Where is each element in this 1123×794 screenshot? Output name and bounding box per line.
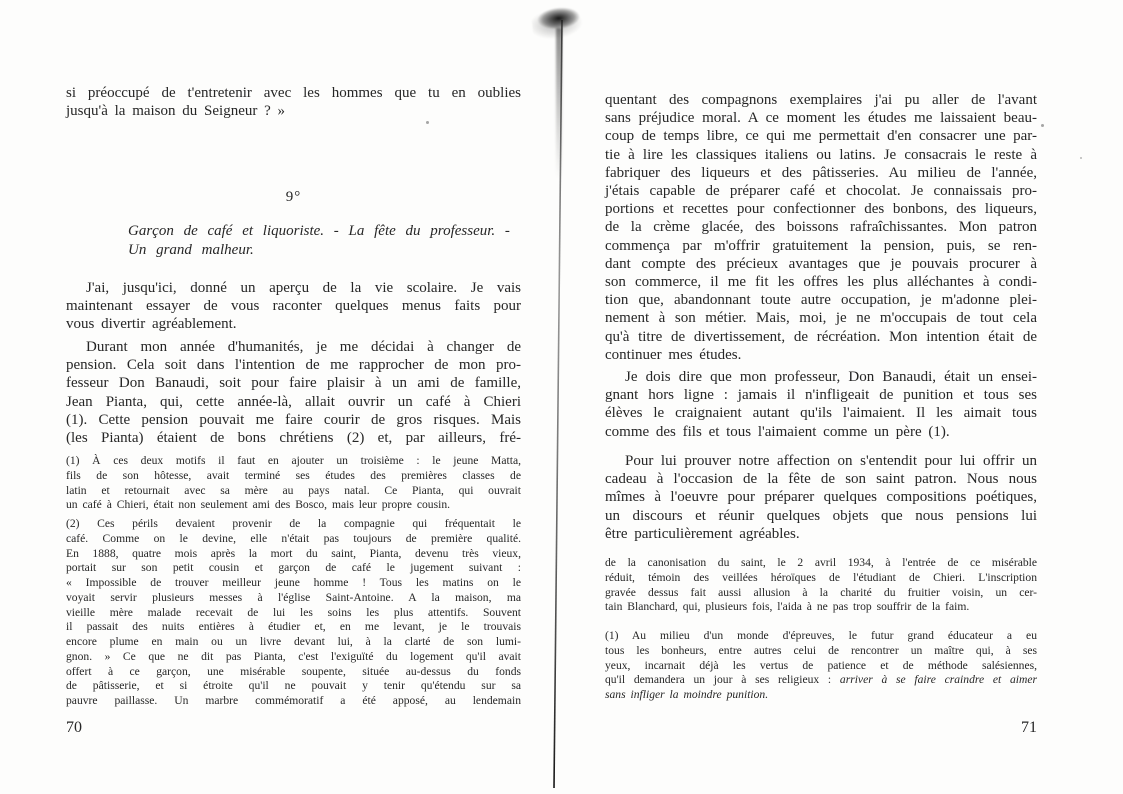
text-line: sans préjudice moral. A ce moment les ét…: [605, 109, 1037, 127]
text-line: sans infliger la moindre punition.: [605, 688, 1037, 703]
page-right: quentant des compagnons exemplaires j'ai…: [605, 0, 1037, 794]
text-line: voyait servir plusieurs messes à l'églis…: [66, 591, 521, 606]
text-line: dant compte des précieux avantages que j…: [605, 255, 1037, 273]
text-line: fils de son hôtesse, avait terminé ses é…: [66, 469, 521, 484]
text-line: Un grand malheur.: [128, 241, 521, 260]
page-number-right: 71: [605, 719, 1037, 737]
text-line: (les Pianta) étaient de bons chrétiens (…: [66, 429, 521, 447]
text-line: (1) Au milieu d'un monde d'épreuves, le …: [605, 629, 1037, 644]
text-line: coup de temps libre, ce qui me permettai…: [605, 127, 1037, 145]
text-line: un café à Chieri, était non seulement am…: [66, 498, 521, 513]
text-line: comme des fils et tous l'aimaient comme …: [605, 423, 1037, 441]
text-line: Pour lui prouver notre affection on s'en…: [605, 452, 1037, 470]
text-line: mîmes à l'oeuvre pour préparer quelques …: [605, 488, 1037, 506]
scan-speck: [1080, 157, 1082, 159]
text-line: réduit, témoin des veillées héroïques de…: [605, 571, 1037, 586]
paragraph: Pour lui prouver notre affection on s'en…: [605, 452, 1037, 543]
page-number-left: 70: [66, 719, 521, 737]
text-line: gnant hors ligne : jamais il n'infligeai…: [605, 386, 1037, 404]
text-line: vieille mère malade recevait de lui les …: [66, 606, 521, 621]
text-line: de la canonisation du saint, le 2 avril …: [605, 556, 1037, 571]
text-line: de la crème glacée, des boissons rafraîc…: [605, 218, 1037, 236]
page-left: si préoccupé de t'entretenir avec les ho…: [66, 0, 521, 794]
footnote-2: (2) Ces périls devaient provenir de la c…: [66, 517, 521, 709]
ink-smudge-tail: [556, 28, 562, 178]
text-line: gravée dessus fait aussi allusion à la c…: [605, 586, 1037, 601]
footnote-1: (1) À ces deux motifs il faut en ajouter…: [66, 454, 521, 513]
book-spread: si préoccupé de t'entretenir avec les ho…: [0, 0, 1123, 794]
text-line: (1) À ces deux motifs il faut en ajouter…: [66, 454, 521, 469]
text-line: Garçon de café et liquoriste. - La fête …: [128, 222, 521, 241]
text-line: nement à son métier. Mais, moi, je ne m'…: [605, 309, 1037, 327]
text-line: commença par m'offrir gratuitement la pe…: [605, 237, 1037, 255]
footnote-continuation: de la canonisation du saint, le 2 avril …: [605, 556, 1037, 615]
text-line: fabriquer des liqueurs et des pâtisserie…: [605, 164, 1037, 182]
text-line: portait sur son petit cousin et garçon d…: [66, 561, 521, 576]
text-line: J'ai, jusqu'ici, donné un aperçu de la v…: [66, 279, 521, 297]
section-title: Garçon de café et liquoriste. - La fête …: [66, 222, 521, 260]
text-line: tie à lire les classiques italiens ou la…: [605, 146, 1037, 164]
text-line: tain Blanchard, qui, plusieurs fois, l'a…: [605, 600, 1037, 615]
text-line: pauvre paillasse. Un marbre commémoratif…: [66, 694, 521, 709]
text-line: jusqu'à la maison du Seigneur ? »: [66, 102, 521, 120]
text-line: si préoccupé de t'entretenir avec les ho…: [66, 84, 521, 102]
text-line: qu'il demandera un jour à ses religieux …: [605, 673, 1037, 688]
text-line: Durant mon année d'humanités, je me déci…: [66, 338, 521, 356]
text-line: vous divertir agréablement.: [66, 315, 521, 333]
text-line: En 1888, quatre mois après la mort du sa…: [66, 547, 521, 562]
intro-paragraph: si préoccupé de t'entretenir avec les ho…: [66, 84, 521, 120]
text-line: son commerce, il me fit les offres les p…: [605, 273, 1037, 291]
text-line: quentant des compagnons exemplaires j'ai…: [605, 91, 1037, 109]
text-line: Jean Pianta, qui, cette année-là, allait…: [66, 393, 521, 411]
section-number: 9°: [66, 189, 521, 206]
text-line: maintenant essayer de vous raconter quel…: [66, 297, 521, 315]
text-line: portions et recettes pour confectionner …: [605, 200, 1037, 218]
text-line: cadeau à l'occasion de la fête de son sa…: [605, 470, 1037, 488]
scan-speck: [1041, 124, 1044, 127]
text-line: café. Comme on le devine, elle n'était p…: [66, 532, 521, 547]
text-line: continuer mes études.: [605, 346, 1037, 364]
text-line: latin et retournait avec sa mère au pays…: [66, 484, 521, 499]
text-line: encore plume en main ou un livre devant …: [66, 635, 521, 650]
text-line: tion que, abandonnant toute autre occupa…: [605, 291, 1037, 309]
text-line: yeux, incarnait déjà les vertus de patie…: [605, 659, 1037, 674]
paragraph: J'ai, jusqu'ici, donné un aperçu de la v…: [66, 279, 521, 334]
text-line: offert à ce garçon, une misérable soupen…: [66, 665, 521, 680]
text-line: (2) Ces périls devaient provenir de la c…: [66, 517, 521, 532]
paragraph: quentant des compagnons exemplaires j'ai…: [605, 91, 1037, 364]
text-line: fesseur Don Banaudi, soit pour faire pla…: [66, 374, 521, 392]
paragraph: Durant mon année d'humanités, je me déci…: [66, 338, 521, 447]
text-line: être particulièrement agréables.: [605, 525, 1037, 543]
text-line: de pâtisserie, et si étroite qu'il ne po…: [66, 679, 521, 694]
text-line: « Impossible de trouver meilleur jeune h…: [66, 576, 521, 591]
paragraph: Je dois dire que mon professeur, Don Ban…: [605, 368, 1037, 441]
text-line: Je dois dire que mon professeur, Don Ban…: [605, 368, 1037, 386]
text-line: tous les bonheurs, entre autres celui de…: [605, 644, 1037, 659]
text-line: j'étais capable de préparer café et choc…: [605, 182, 1037, 200]
scan-speck: [426, 121, 429, 124]
text-line: qu'à titre de divertissement, de récréat…: [605, 328, 1037, 346]
text-line: il passait des nuits entières à étudier …: [66, 620, 521, 635]
text-line: pension. Cela soit dans l'intention de m…: [66, 356, 521, 374]
text-line: un discours et réunir quelques objets qu…: [605, 507, 1037, 525]
text-line: élèves le craignaient autant qu'ils l'ai…: [605, 404, 1037, 422]
footnote-1: (1) Au milieu d'un monde d'épreuves, le …: [605, 629, 1037, 703]
text-line: gnon. » Ce que ne dit pas Pianta, c'est …: [66, 650, 521, 665]
text-line: (1). Cette pension pouvait me faire cour…: [66, 411, 521, 429]
